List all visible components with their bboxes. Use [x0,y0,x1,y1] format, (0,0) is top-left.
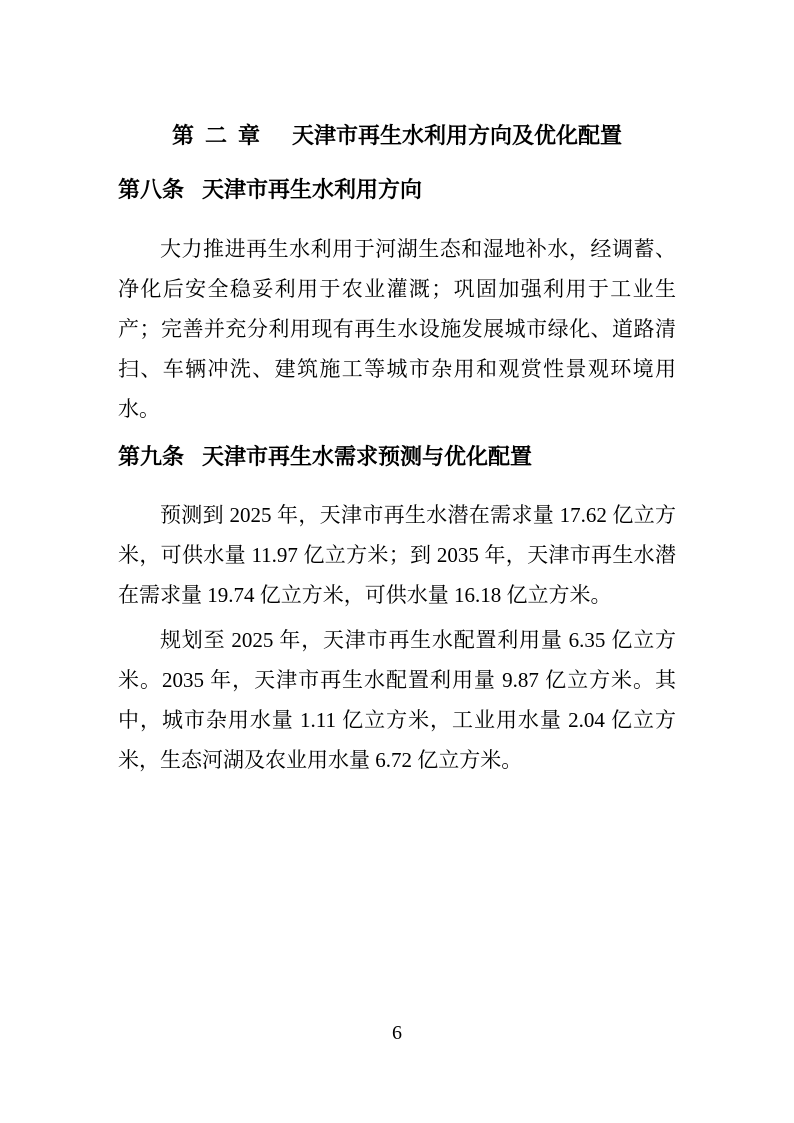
chapter-heading: 第二章天津市再生水利用方向及优化配置 [118,116,676,156]
paragraph: 预测到 2025 年，天津市再生水潜在需求量 17.62 亿立方米，可供水量 1… [118,495,676,615]
section-title: 天津市再生水利用方向 [202,177,422,202]
chapter-title: 天津市再生水利用方向及优化配置 [292,123,622,148]
document-page: 第二章天津市再生水利用方向及优化配置 第八条天津市再生水利用方向 大力推进再生水… [0,0,794,1123]
section-article-8: 第八条天津市再生水利用方向 大力推进再生水利用于河湖生态和湿地补水，经调蓄、净化… [118,170,676,428]
paragraph: 大力推进再生水利用于河湖生态和湿地补水，经调蓄、净化后安全稳妥利用于农业灌溉；巩… [118,229,676,429]
section-article-9: 第九条天津市再生水需求预测与优化配置 预测到 2025 年，天津市再生水潜在需求… [118,437,676,780]
page-number: 6 [0,1023,794,1043]
section-number: 第八条 [118,177,184,202]
section-number: 第九条 [118,444,184,469]
section-title: 天津市再生水需求预测与优化配置 [202,444,532,469]
section-heading: 第九条天津市再生水需求预测与优化配置 [118,437,676,477]
page-content: 第二章天津市再生水利用方向及优化配置 第八条天津市再生水利用方向 大力推进再生水… [0,0,794,780]
paragraph: 规划至 2025 年，天津市再生水配置利用量 6.35 亿立方米。2035 年，… [118,620,676,780]
section-heading: 第八条天津市再生水利用方向 [118,170,676,210]
chapter-number: 第二章 [172,123,271,148]
